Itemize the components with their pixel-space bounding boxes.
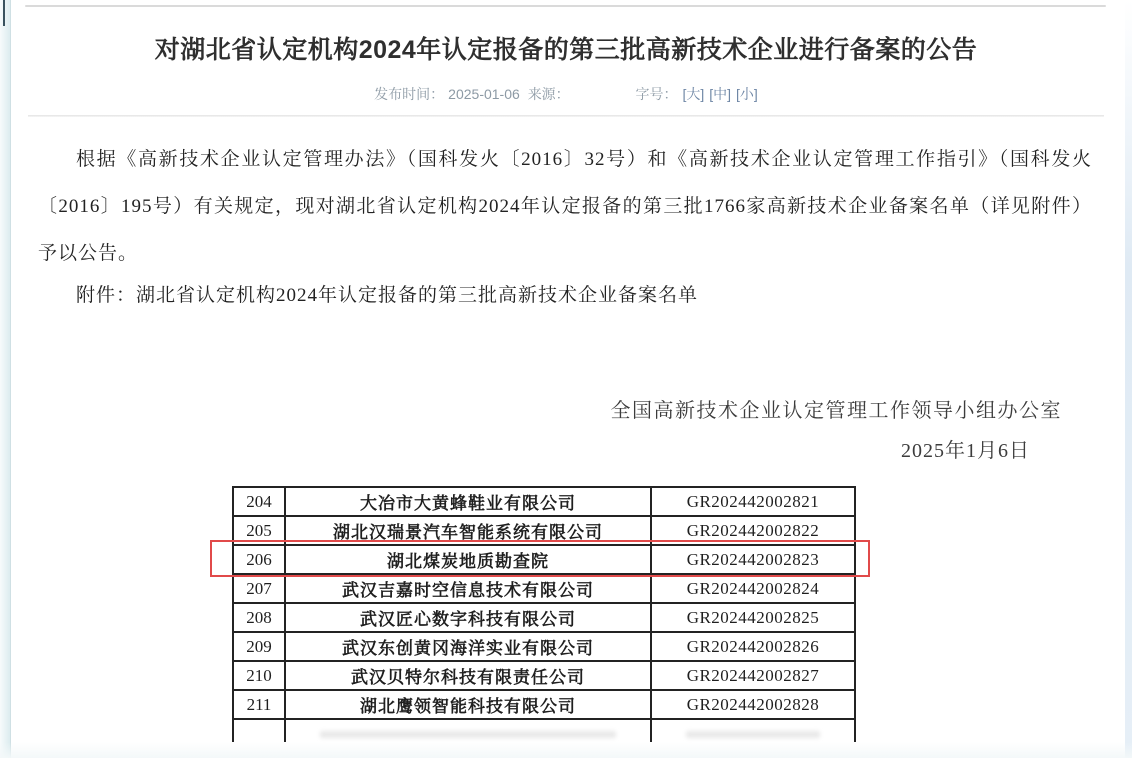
fontsize-label: 字号：: [635, 86, 677, 102]
announcement-page: 对湖北省认定机构2024年认定报备的第三批高新技术企业进行备案的公告 发布时间：…: [0, 0, 1132, 758]
enterprise-table-body: 204 大冶市大黄蜂鞋业有限公司 GR202442002821 205 湖北汉瑞…: [233, 487, 855, 742]
row-serial-number: 209: [233, 632, 285, 661]
fontsize-medium-link[interactable]: [中]: [709, 86, 731, 102]
attachment-line: 附件：湖北省认定机构2024年认定报备的第三批高新技术企业备案名单: [38, 280, 1092, 307]
row-company-name: 湖北鹰领智能科技有限公司: [285, 690, 651, 719]
page-left-tick: [3, 0, 5, 26]
row-gr-code: GR202442002821: [651, 487, 855, 516]
fontsize-small-link[interactable]: [小]: [736, 86, 758, 102]
row-company-name: 湖北汉瑞景汽车智能系统有限公司: [285, 516, 651, 545]
row-serial-number: 204: [233, 487, 285, 516]
table-row: 208 武汉匠心数字科技有限公司 GR202442002825: [233, 603, 855, 632]
source-label: 来源：: [528, 86, 570, 102]
fontsize-large-link[interactable]: [大]: [682, 86, 704, 102]
top-divider: [25, 5, 1106, 7]
row-gr-code: GR202442002827: [651, 661, 855, 690]
table-row: 206 湖北煤炭地质勘查院 GR202442002823: [233, 545, 855, 574]
row-gr-code: GR202442002828: [651, 690, 855, 719]
meta-bar: 发布时间：2025-01-06 来源： 字号：[大][中][小]: [0, 84, 1132, 104]
row-company-name: 武汉贝特尔科技有限责任公司: [285, 661, 651, 690]
table-row: 207 武汉吉嘉时空信息技术有限公司 GR202442002824: [233, 574, 855, 603]
row-serial-number: 206: [233, 545, 285, 574]
meta-divider: [28, 115, 1104, 117]
row-company-name: 湖北煤炭地质勘查院: [285, 545, 651, 574]
row-company-name: 大冶市大黄蜂鞋业有限公司: [285, 487, 651, 516]
row-gr-code: GR202442002824: [651, 574, 855, 603]
issue-date: 2025年1月6日: [901, 434, 1030, 463]
table-row: 210 武汉贝特尔科技有限责任公司 GR202442002827: [233, 661, 855, 690]
row-serial-number: 210: [233, 661, 285, 690]
row-gr-code: GR202442002825: [651, 603, 855, 632]
bottom-fade: [0, 742, 1132, 758]
row-serial-number: 205: [233, 516, 285, 545]
row-serial-number: [233, 719, 285, 742]
page-left-edge: [0, 0, 11, 758]
page-right-edge: [1125, 0, 1132, 758]
row-company-name: 武汉东创黄冈海洋实业有限公司: [285, 632, 651, 661]
enterprise-roster-table: 204 大冶市大黄蜂鞋业有限公司 GR202442002821 205 湖北汉瑞…: [232, 486, 856, 742]
row-company-name: 武汉吉嘉时空信息技术有限公司: [285, 574, 651, 603]
table-row: 209 武汉东创黄冈海洋实业有限公司 GR202442002826: [233, 632, 855, 661]
row-gr-code: GR202442002826: [651, 632, 855, 661]
row-serial-number: 208: [233, 603, 285, 632]
table-row: [233, 719, 855, 742]
row-company-name: 武汉匠心数字科技有限公司: [285, 603, 651, 632]
row-gr-code: [651, 719, 855, 742]
table-row: 211 湖北鹰领智能科技有限公司 GR202442002828: [233, 690, 855, 719]
publish-time-label: 发布时间：: [374, 86, 444, 102]
page-title: 对湖北省认定机构2024年认定报备的第三批高新技术企业进行备案的公告: [0, 30, 1132, 66]
table-row: 205 湖北汉瑞景汽车智能系统有限公司 GR202442002822: [233, 516, 855, 545]
issuing-office: 全国高新技术企业认定管理工作领导小组办公室: [611, 394, 1063, 423]
row-serial-number: 207: [233, 574, 285, 603]
row-gr-code: GR202442002823: [651, 545, 855, 574]
table-row: 204 大冶市大黄蜂鞋业有限公司 GR202442002821: [233, 487, 855, 516]
publish-time-value: 2025-01-06: [448, 86, 520, 102]
row-gr-code: GR202442002822: [651, 516, 855, 545]
enterprise-table: 204 大冶市大黄蜂鞋业有限公司 GR202442002821 205 湖北汉瑞…: [232, 486, 856, 742]
row-company-name: [285, 719, 651, 742]
announcement-body: 根据《高新技术企业认定管理办法》（国科发火〔2016〕32号）和《高新技术企业认…: [38, 136, 1092, 277]
row-serial-number: 211: [233, 690, 285, 719]
